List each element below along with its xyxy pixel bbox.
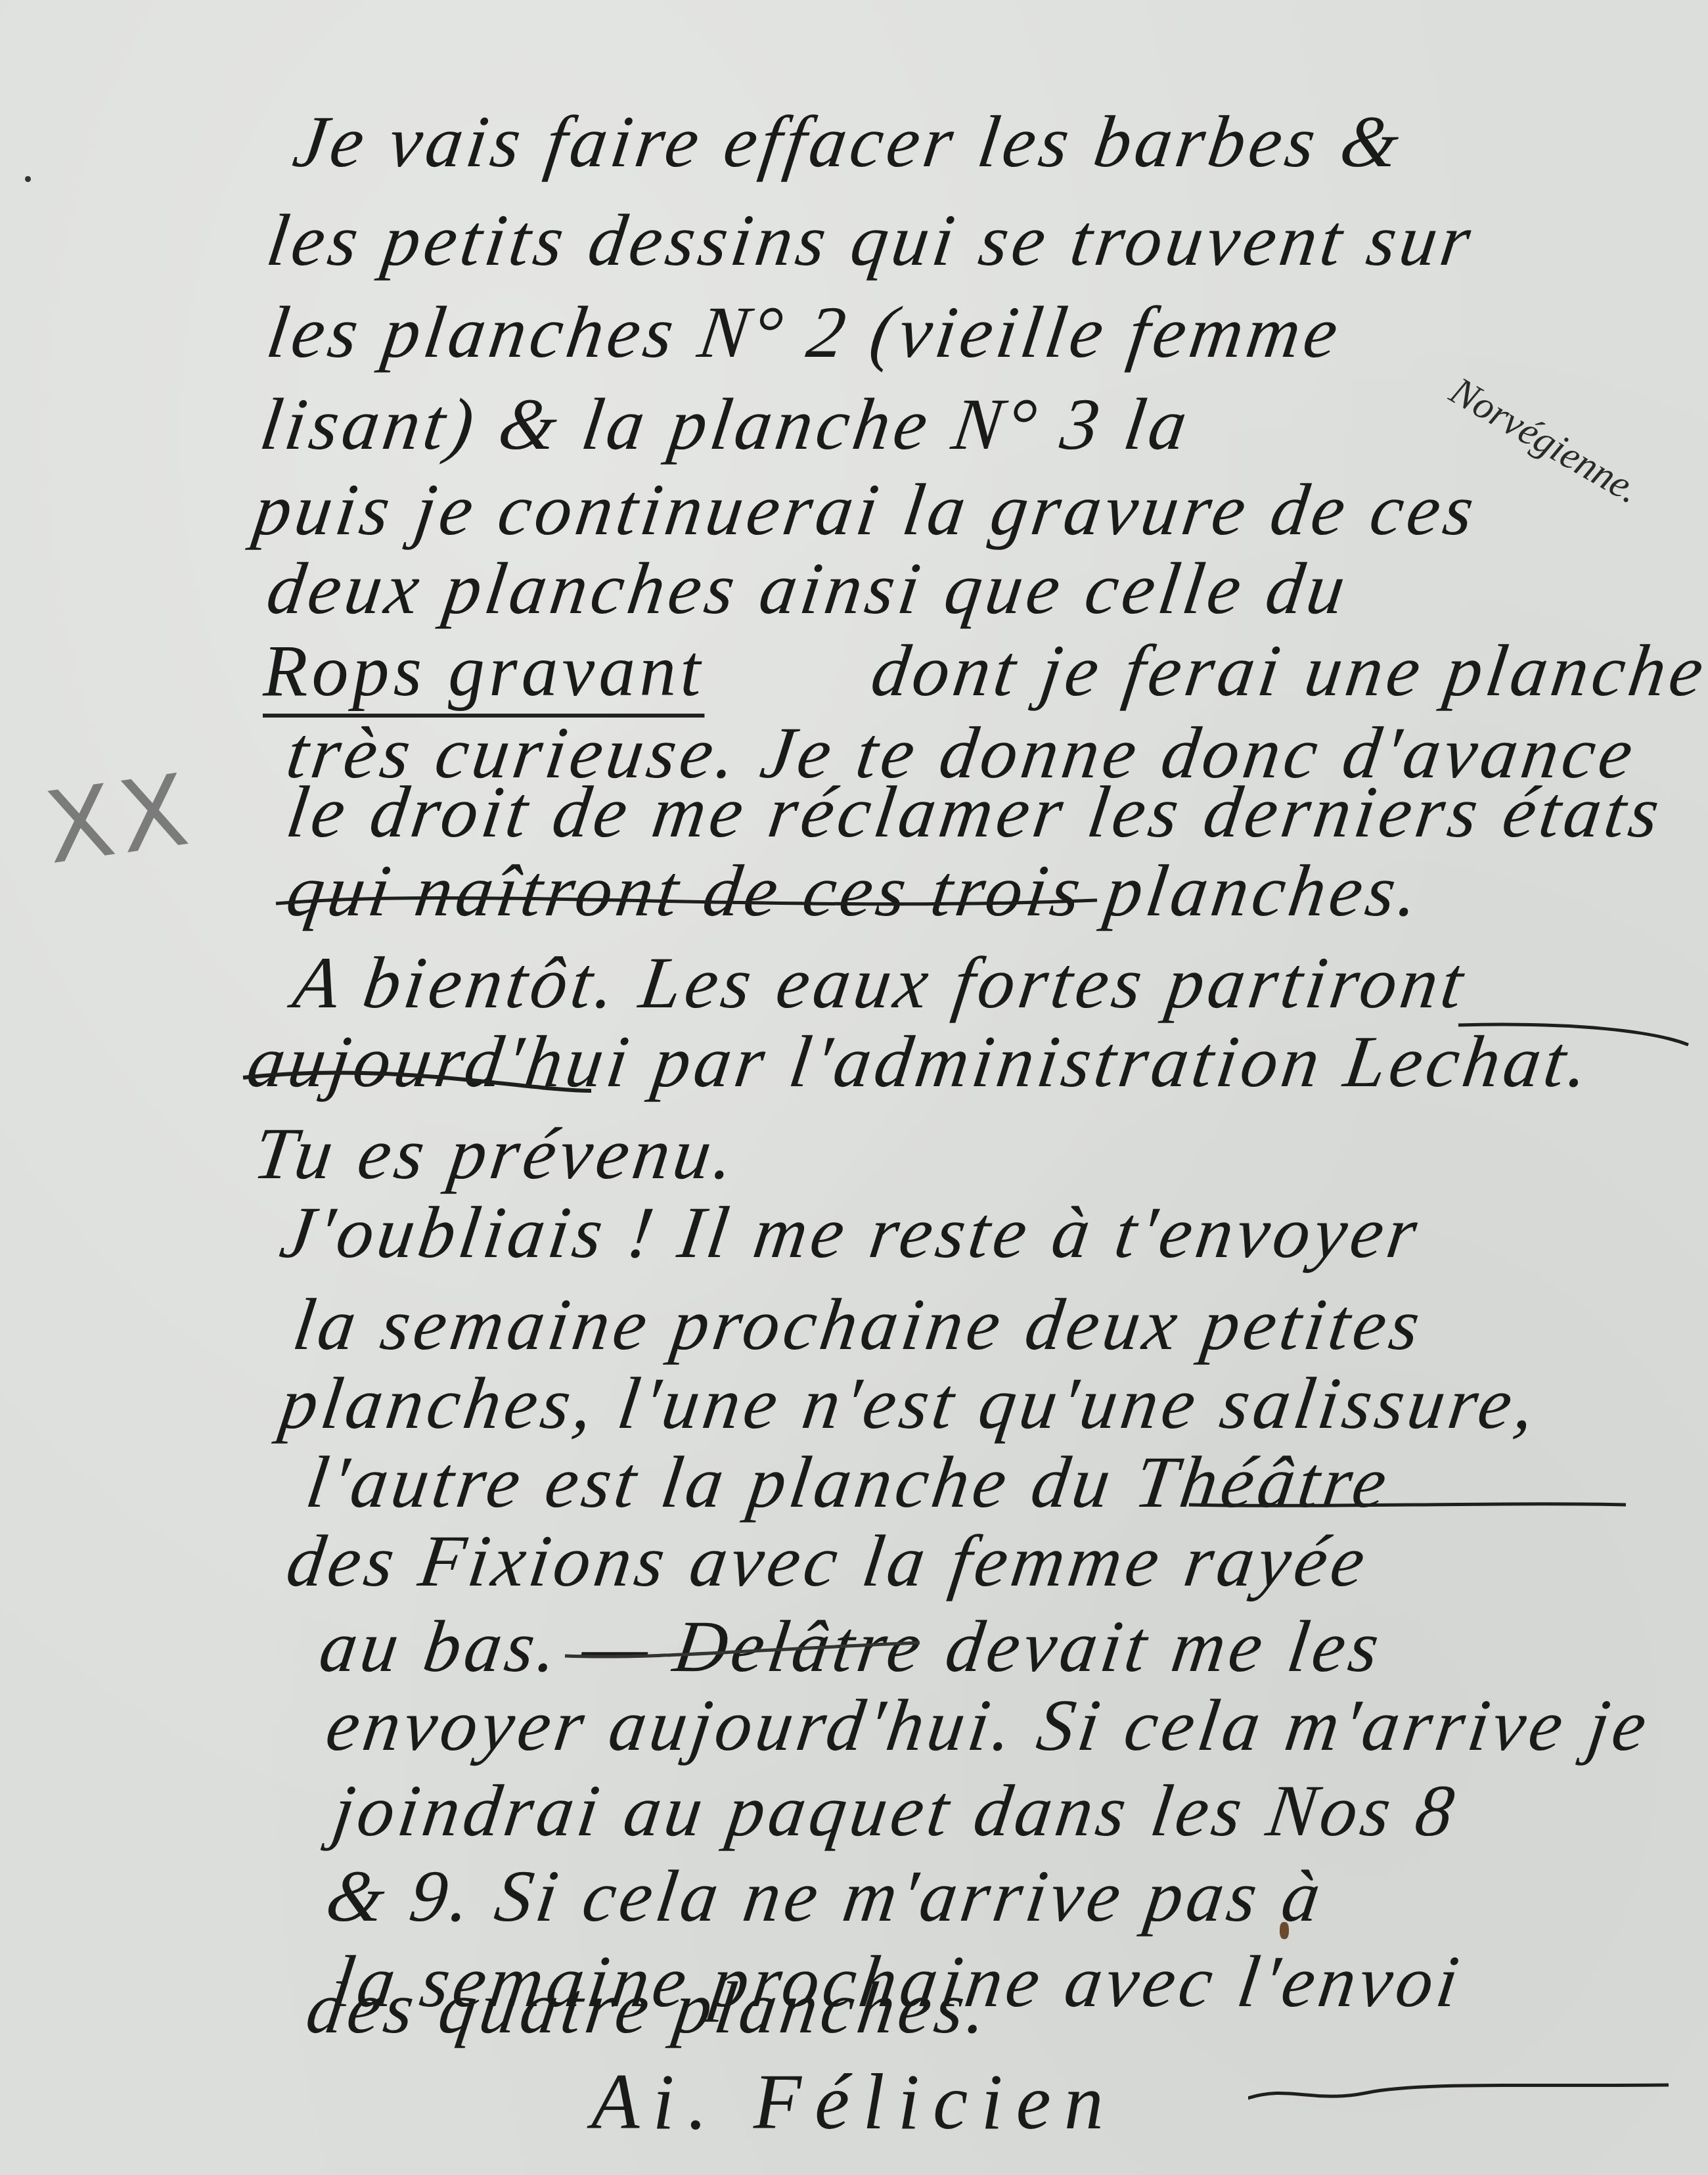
letter-page: Je vais faire effacer les barbes & les p…: [0, 0, 1708, 2175]
underline-strokes: [0, 0, 1708, 2175]
